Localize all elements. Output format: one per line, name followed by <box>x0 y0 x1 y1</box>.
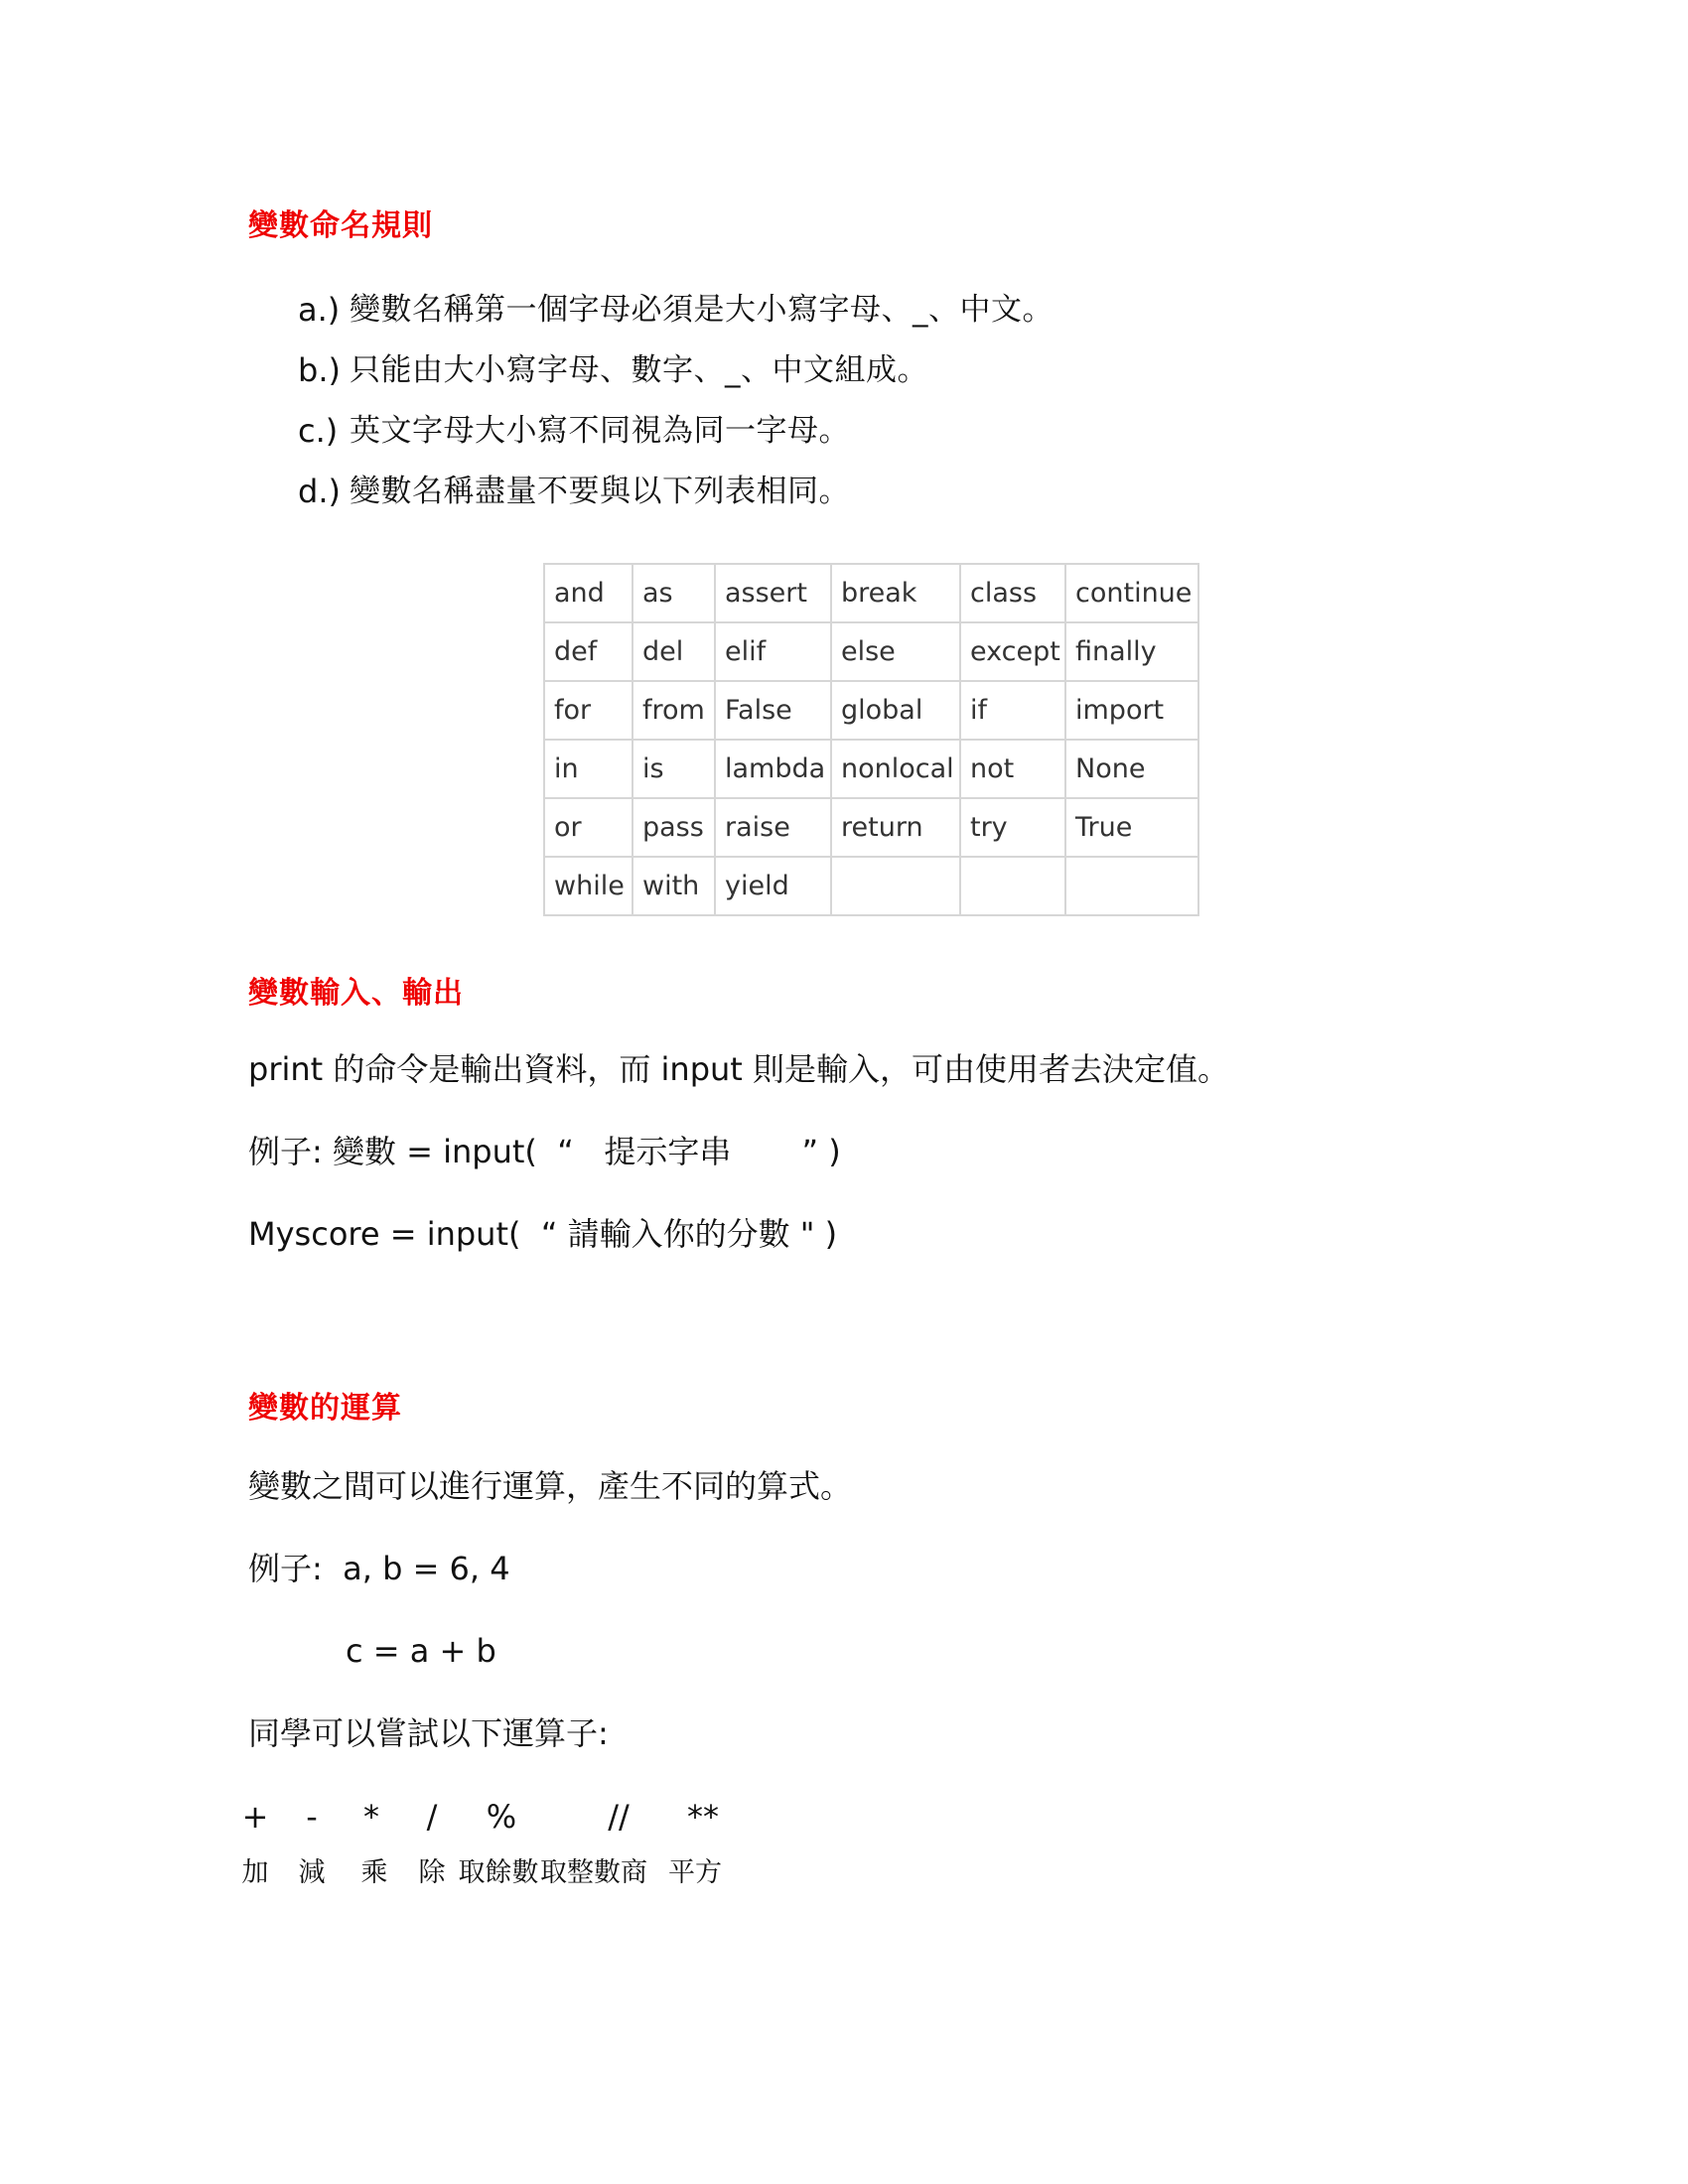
section-title-operations: 變數的運算 <box>248 1391 402 1427</box>
keyword-cell: lambda <box>715 740 831 798</box>
rule-d-text: 變數名稱盡量不要與以下列表相同。 <box>350 472 850 511</box>
keyword-cell: or <box>544 798 633 857</box>
keyword-cell: as <box>633 564 715 622</box>
io-description: print 的命令是輸出資料，而 input 則是輸入，可由使用者去決定值。 <box>248 1049 1229 1089</box>
table-row: and as assert break class continue <box>544 564 1198 622</box>
keyword-cell: elif <box>715 622 831 681</box>
keyword-cell: else <box>831 622 960 681</box>
keyword-cell: assert <box>715 564 831 622</box>
keyword-cell: try <box>960 798 1065 857</box>
rule-a-text: 變數名稱第一個字母必須是大小寫字母、_、中文。 <box>350 290 1054 330</box>
keyword-cell: False <box>715 681 831 740</box>
rule-b-label: b.) <box>298 350 341 390</box>
operator-modulo: % <box>487 1797 516 1837</box>
keyword-cell: except <box>960 622 1065 681</box>
operations-example-line2: c = a + b <box>346 1631 496 1671</box>
keyword-cell: pass <box>633 798 715 857</box>
operator-modulo-label: 取餘數 <box>459 1856 539 1890</box>
operations-example-line1: 例子: a, b = 6, 4 <box>248 1549 510 1588</box>
keyword-cell <box>1065 857 1198 915</box>
operators-prompt: 同學可以嘗試以下運算子: <box>248 1713 609 1753</box>
operator-power-label: 平方 <box>668 1856 722 1890</box>
operator-subtract-label: 減 <box>299 1856 326 1890</box>
keyword-cell: del <box>633 622 715 681</box>
rule-a-label: a.) <box>298 290 340 330</box>
operator-multiply-label: 乘 <box>361 1856 388 1890</box>
keyword-cell: nonlocal <box>831 740 960 798</box>
keyword-cell: break <box>831 564 960 622</box>
operator-add-label: 加 <box>242 1856 269 1890</box>
operations-description: 變數之間可以進行運算，產生不同的算式。 <box>248 1466 852 1506</box>
keyword-cell: import <box>1065 681 1198 740</box>
keyword-cell: global <box>831 681 960 740</box>
keyword-cell: def <box>544 622 633 681</box>
rule-c-label: c.) <box>298 411 338 451</box>
keyword-cell: for <box>544 681 633 740</box>
section-title-naming-rules: 變數命名規則 <box>248 208 433 244</box>
keyword-cell: in <box>544 740 633 798</box>
rule-c-text: 英文字母大小寫不同視為同一字母。 <box>350 411 850 451</box>
operator-subtract: - <box>306 1797 318 1837</box>
keyword-cell: None <box>1065 740 1198 798</box>
operator-divide-label: 除 <box>419 1856 446 1890</box>
keyword-cell: yield <box>715 857 831 915</box>
table-row: in is lambda nonlocal not None <box>544 740 1198 798</box>
table-row: def del elif else except finally <box>544 622 1198 681</box>
keyword-cell: is <box>633 740 715 798</box>
operator-floor-divide: // <box>608 1797 630 1837</box>
operator-floor-divide-label: 取整數商 <box>540 1856 647 1890</box>
keyword-cell: while <box>544 857 633 915</box>
rule-b-text: 只能由大小寫字母、數字、_、中文組成。 <box>350 350 928 390</box>
keyword-cell: and <box>544 564 633 622</box>
keyword-cell: finally <box>1065 622 1198 681</box>
keyword-cell: not <box>960 740 1065 798</box>
keyword-cell: continue <box>1065 564 1198 622</box>
table-row: for from False global if import <box>544 681 1198 740</box>
io-example-code: Myscore = input( “ 請輸入你的分數 " ) <box>248 1214 837 1254</box>
io-example-syntax: 例子: 變數 = input( “ 提示字串 ” ) <box>248 1132 841 1171</box>
operator-divide: / <box>427 1797 438 1837</box>
keyword-cell: with <box>633 857 715 915</box>
section-title-input-output: 變數輸入、輸出 <box>248 976 464 1012</box>
keyword-cell: return <box>831 798 960 857</box>
python-keywords-table: and as assert break class continue def d… <box>543 563 1199 916</box>
keyword-cell <box>831 857 960 915</box>
keyword-cell: class <box>960 564 1065 622</box>
keyword-cell: True <box>1065 798 1198 857</box>
keyword-cell <box>960 857 1065 915</box>
rule-d-label: d.) <box>298 472 341 511</box>
keyword-cell: from <box>633 681 715 740</box>
operator-multiply: * <box>363 1797 379 1837</box>
operator-add: + <box>242 1797 269 1837</box>
keyword-cell: raise <box>715 798 831 857</box>
table-row: or pass raise return try True <box>544 798 1198 857</box>
keyword-cell: if <box>960 681 1065 740</box>
table-row: while with yield <box>544 857 1198 915</box>
operator-power: ** <box>687 1797 719 1837</box>
